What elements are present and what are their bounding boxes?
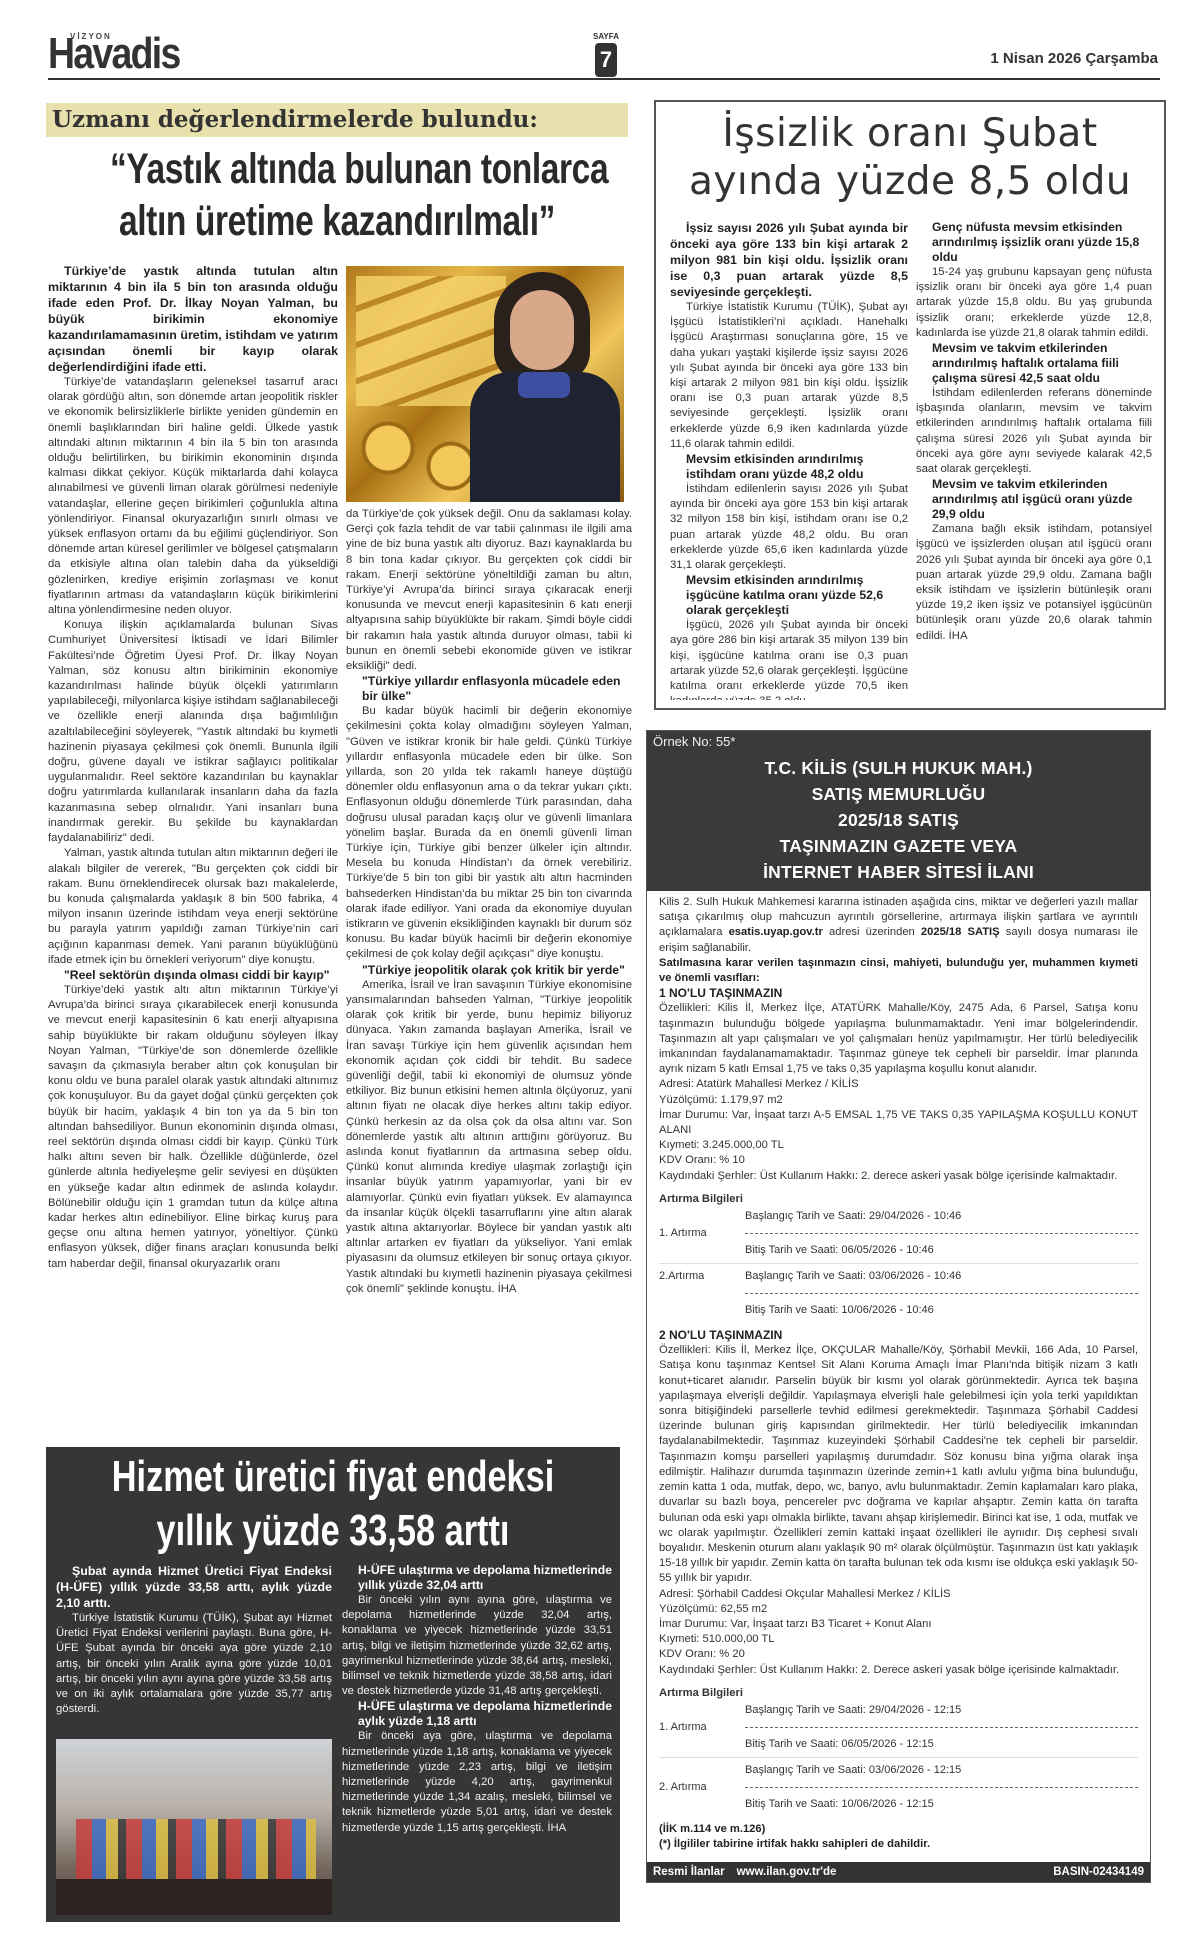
page-number-badge: SAYFA 7 [586, 32, 626, 77]
issue-date: 1 Nisan 2026 Çarşamba [990, 50, 1158, 67]
gold-article-column-2: da Türkiye’de çok yüksek değil. Onu da s… [346, 507, 632, 1427]
article-subheading: Mevsim etkisinden arındırılmış işgücüne … [670, 573, 908, 618]
hufe-column-1: Şubat ayında Hizmet Üretici Fiyat Endeks… [56, 1563, 332, 1735]
headline-line-1: Hizmet üretici fiyat endeksi [109, 1450, 557, 1504]
notice-title-line: T.C. KİLİS (SULH HUKUK MAH.) [647, 755, 1150, 781]
newspaper-logo[interactable]: VİZYON Havadis [48, 30, 238, 75]
article-subheading: Mevsim etkisinden arındırılmış istihdam … [670, 452, 908, 482]
article-paragraph: İşgücü, 2026 yılı Şubat ayında bir öncek… [670, 618, 908, 700]
article-paragraph: İstihdam edilenlerden referans döneminde… [916, 386, 1152, 477]
headline-line-1: “Yastık altında bulunan tonlarca [110, 143, 564, 195]
property-title: 2 NO'LU TAŞINMAZIN [659, 1328, 1138, 1343]
footer-ilan-link[interactable]: www.ilan.gov.tr'de [737, 1862, 837, 1882]
auction-info-title: Artırma Bilgileri [659, 1192, 1138, 1207]
esatis-link[interactable]: esatis.uyap.gov.tr [729, 926, 823, 938]
property-address: Adresi: Atatürk Mahallesi Merkez / KİLİS [659, 1077, 1138, 1092]
article-subheading: Genç nüfusta mevsim etkisinden arındırıl… [916, 220, 1152, 265]
auction-start: Başlangıç Tarih ve Saati: 03/06/2026 - 1… [745, 1267, 1138, 1286]
property-value: Kıymeti: 510.000,00 TL [659, 1632, 1138, 1647]
property-features: Özellikleri: Kilis İl, Merkez İlçe, ATAT… [659, 1001, 1138, 1077]
auction-start: Başlangıç Tarih ve Saati: 03/06/2026 - 1… [745, 1761, 1138, 1780]
page-label: SAYFA [586, 32, 626, 41]
property-annotations: Kaydındaki Şerhler: Üst Kullanım Hakkı: … [659, 1663, 1138, 1678]
property-vat: KDV Oranı: % 20 [659, 1647, 1138, 1662]
article-subheading: Mevsim ve takvim etkilerinden arındırılm… [916, 341, 1152, 386]
article-lead: Türkiye’de yastık altında tutulan altın … [48, 263, 338, 375]
article-paragraph: İstihdam edilenlerin sayısı 2026 yılı Şu… [670, 482, 908, 573]
footer-press-code: BASIN-02434149 [1053, 1862, 1144, 1882]
article-paragraph: Türkiye’de vatandaşların geleneksel tasa… [48, 375, 338, 618]
property-annotations: Kaydındaki Şerhler: Üst Kullanım Hakkı: … [659, 1169, 1138, 1184]
file-number: 2025/18 SATIŞ [921, 926, 1000, 938]
auction-label: 1. Artırma [659, 1701, 745, 1754]
auction-info-title: Artırma Bilgileri [659, 1686, 1138, 1701]
expert-portrait [466, 272, 624, 502]
article-subheading: Mevsim ve takvim etkilerinden arındırılm… [916, 477, 1152, 522]
property-title: 1 NO'LU TAŞINMAZIN [659, 986, 1138, 1001]
auction-end: Bitiş Tarih ve Saati: 10/06/2026 - 12:15 [745, 1795, 1138, 1814]
notice-header: Örnek No: 55* T.C. KİLİS (SULH HUKUK MAH… [647, 731, 1150, 891]
unemployment-headline[interactable]: İşsizlik oranı Şubat ayında yüzde 8,5 ol… [656, 110, 1164, 206]
gold-coins-image [346, 412, 486, 502]
property-address: Adresi: Şörhabil Caddesi Okçular Mahalle… [659, 1587, 1138, 1602]
gold-article-photo [346, 266, 624, 502]
auction-label: 2. Artırma [659, 1761, 745, 1814]
notice-title-line: TAŞINMAZIN GAZETE VEYA [647, 833, 1150, 859]
article-paragraph: Bir önceki aya göre, ulaştırma ve depola… [342, 1729, 612, 1835]
auction-row: 1. Artırma Başlangıç Tarih ve Saati: 29/… [659, 1207, 1138, 1260]
article-paragraph: Yalman, yastık altında tutulan altın mik… [48, 846, 338, 968]
auction-row: 2. Artırma Başlangıç Tarih ve Saati: 03/… [659, 1761, 1138, 1814]
notice-subtitle: Satılmasına karar verilen taşınmazın cin… [659, 956, 1138, 986]
factory-photo [56, 1739, 332, 1915]
hufe-column-2: H-ÜFE ulaştırma ve depolama hizmetlerind… [342, 1563, 612, 1918]
auction-end: Bitiş Tarih ve Saati: 06/05/2026 - 10:46 [745, 1241, 1138, 1260]
article-subheading: "Türkiye jeopolitik olarak çok kritik bi… [346, 963, 632, 978]
headline-line-1: İşsizlik oranı Şubat [656, 110, 1164, 158]
unemployment-column-1: İşsiz sayısı 2026 yılı Şubat ayında bir … [670, 220, 908, 700]
hufe-article: Hizmet üretici fiyat endeksi yıllık yüzd… [46, 1447, 620, 1922]
property-zoning: İmar Durumu: Var, İnşaat tarzı B3 Ticare… [659, 1617, 1138, 1632]
notice-footer: Resmi İlanlar www.ilan.gov.tr'de BASIN-0… [647, 1862, 1150, 1882]
logo-title: Havadis [48, 30, 180, 78]
article-paragraph: da Türkiye’de çok yüksek değil. Onu da s… [346, 507, 632, 674]
article-paragraph: Bu kadar büyük hacimli bir değerin ekono… [346, 704, 632, 962]
auction-row: 2.Artırma Başlangıç Tarih ve Saati: 03/0… [659, 1267, 1138, 1320]
auction-label: 2.Artırma [659, 1267, 745, 1320]
notice-intro: Kilis 2. Sulh Hukuk Mahkemesi kararına i… [659, 895, 1138, 956]
property-features: Özellikleri: Kilis İl, Merkez İlçe, OKÇU… [659, 1343, 1138, 1586]
gold-article-headline[interactable]: “Yastık altında bulunan tonlarca altın ü… [110, 143, 564, 247]
article-lead: İşsiz sayısı 2026 yılı Şubat ayında bir … [670, 220, 908, 300]
article-paragraph: Bir önceki yılın aynı ayına göre, ulaştı… [342, 1593, 612, 1699]
gold-article-column-1: Türkiye’de yastık altında tutulan altın … [48, 263, 338, 1428]
headline-line-2: yıllık yüzde 33,58 arttı [109, 1504, 557, 1558]
notice-title-line: SATIŞ MEMURLUĞU [647, 781, 1150, 807]
auction-label: 1. Artırma [659, 1207, 745, 1260]
article-subheading: "Türkiye yıllardır enflasyonla mücadele … [346, 674, 632, 704]
article-paragraph: Türkiye İstatistik Kurumu (TÜİK), Şubat … [56, 1611, 332, 1717]
auction-row: 1. Artırma Başlangıç Tarih ve Saati: 29/… [659, 1701, 1138, 1754]
notice-title-line: İNTERNET HABER SİTESİ İLANI [647, 859, 1150, 885]
headline-line-2: ayında yüzde 8,5 oldu [656, 158, 1164, 206]
legal-notice: Örnek No: 55* T.C. KİLİS (SULH HUKUK MAH… [646, 730, 1151, 1883]
footer-official-notices: Resmi İlanlar [653, 1862, 725, 1882]
notice-title-line: 2025/18 SATIŞ [647, 807, 1150, 833]
property-value: Kıymeti: 3.245.000,00 TL [659, 1138, 1138, 1153]
auction-start: Başlangıç Tarih ve Saati: 29/04/2026 - 1… [745, 1207, 1138, 1226]
property-2: 2 NO'LU TAŞINMAZIN Özellikleri: Kilis İl… [659, 1328, 1138, 1814]
law-reference: (İİK m.114 ve m.126) [659, 1822, 1138, 1837]
article-paragraph: 15-24 yaş grubunu kapsayan genç nüfusta … [916, 265, 1152, 341]
article-paragraph: Türkiye’deki yastık altı altın miktarını… [48, 983, 338, 1272]
notice-footnote: (*) İlgililer tabirine irtifak hakkı sah… [659, 1837, 1138, 1852]
property-area: Yüzölçümü: 62,55 m2 [659, 1602, 1138, 1617]
notice-title: T.C. KİLİS (SULH HUKUK MAH.) SATIŞ MEMUR… [647, 755, 1150, 885]
property-vat: KDV Oranı: % 10 [659, 1153, 1138, 1168]
unemployment-column-2: Genç nüfusta mevsim etkisinden arındırıl… [916, 220, 1152, 700]
notice-body: Kilis 2. Sulh Hukuk Mahkemesi kararına i… [647, 891, 1150, 1852]
article-lead: Şubat ayında Hizmet Üretici Fiyat Endeks… [56, 1563, 332, 1611]
auction-end: Bitiş Tarih ve Saati: 10/06/2026 - 10:46 [745, 1301, 1138, 1320]
article-paragraph: Amerika, İsrail ve İran savaşının Türkiy… [346, 978, 632, 1297]
hufe-headline[interactable]: Hizmet üretici fiyat endeksi yıllık yüzd… [109, 1450, 557, 1558]
article-subheading: H-ÜFE ulaştırma ve depolama hizmetlerind… [342, 1563, 612, 1593]
property-area: Yüzölçümü: 1.179,97 m2 [659, 1093, 1138, 1108]
article-kicker: Uzmanı değerlendirmelerde bulundu: [46, 103, 628, 137]
article-subheading: "Reel sektörün dışında olması ciddi bir … [48, 968, 338, 983]
article-subheading: H-ÜFE ulaştırma ve depolama hizmetlerind… [342, 1699, 612, 1729]
page-number: 7 [595, 43, 617, 77]
notice-sample-number: Örnek No: 55* [653, 734, 735, 749]
article-paragraph: Konuya ilişkin açıklamalarda bulunan Siv… [48, 618, 338, 846]
article-paragraph: Türkiye İstatistik Kurumu (TÜİK), Şubat … [670, 300, 908, 452]
property-1: 1 NO'LU TAŞINMAZIN Özellikleri: Kilis İl… [659, 986, 1138, 1320]
unemployment-article: İşsizlik oranı Şubat ayında yüzde 8,5 ol… [654, 100, 1166, 710]
article-paragraph: Zamana bağlı eksik istihdam, potansiyel … [916, 522, 1152, 644]
property-zoning: İmar Durumu: Var, İnşaat tarzı A-5 EMSAL… [659, 1108, 1138, 1138]
auction-start: Başlangıç Tarih ve Saati: 29/04/2026 - 1… [745, 1701, 1138, 1720]
headline-line-2: altın üretime kazandırılmalı” [110, 195, 564, 247]
auction-end: Bitiş Tarih ve Saati: 06/05/2026 - 12:15 [745, 1735, 1138, 1754]
masthead: VİZYON Havadis SAYFA 7 1 Nisan 2026 Çarş… [48, 30, 1160, 80]
